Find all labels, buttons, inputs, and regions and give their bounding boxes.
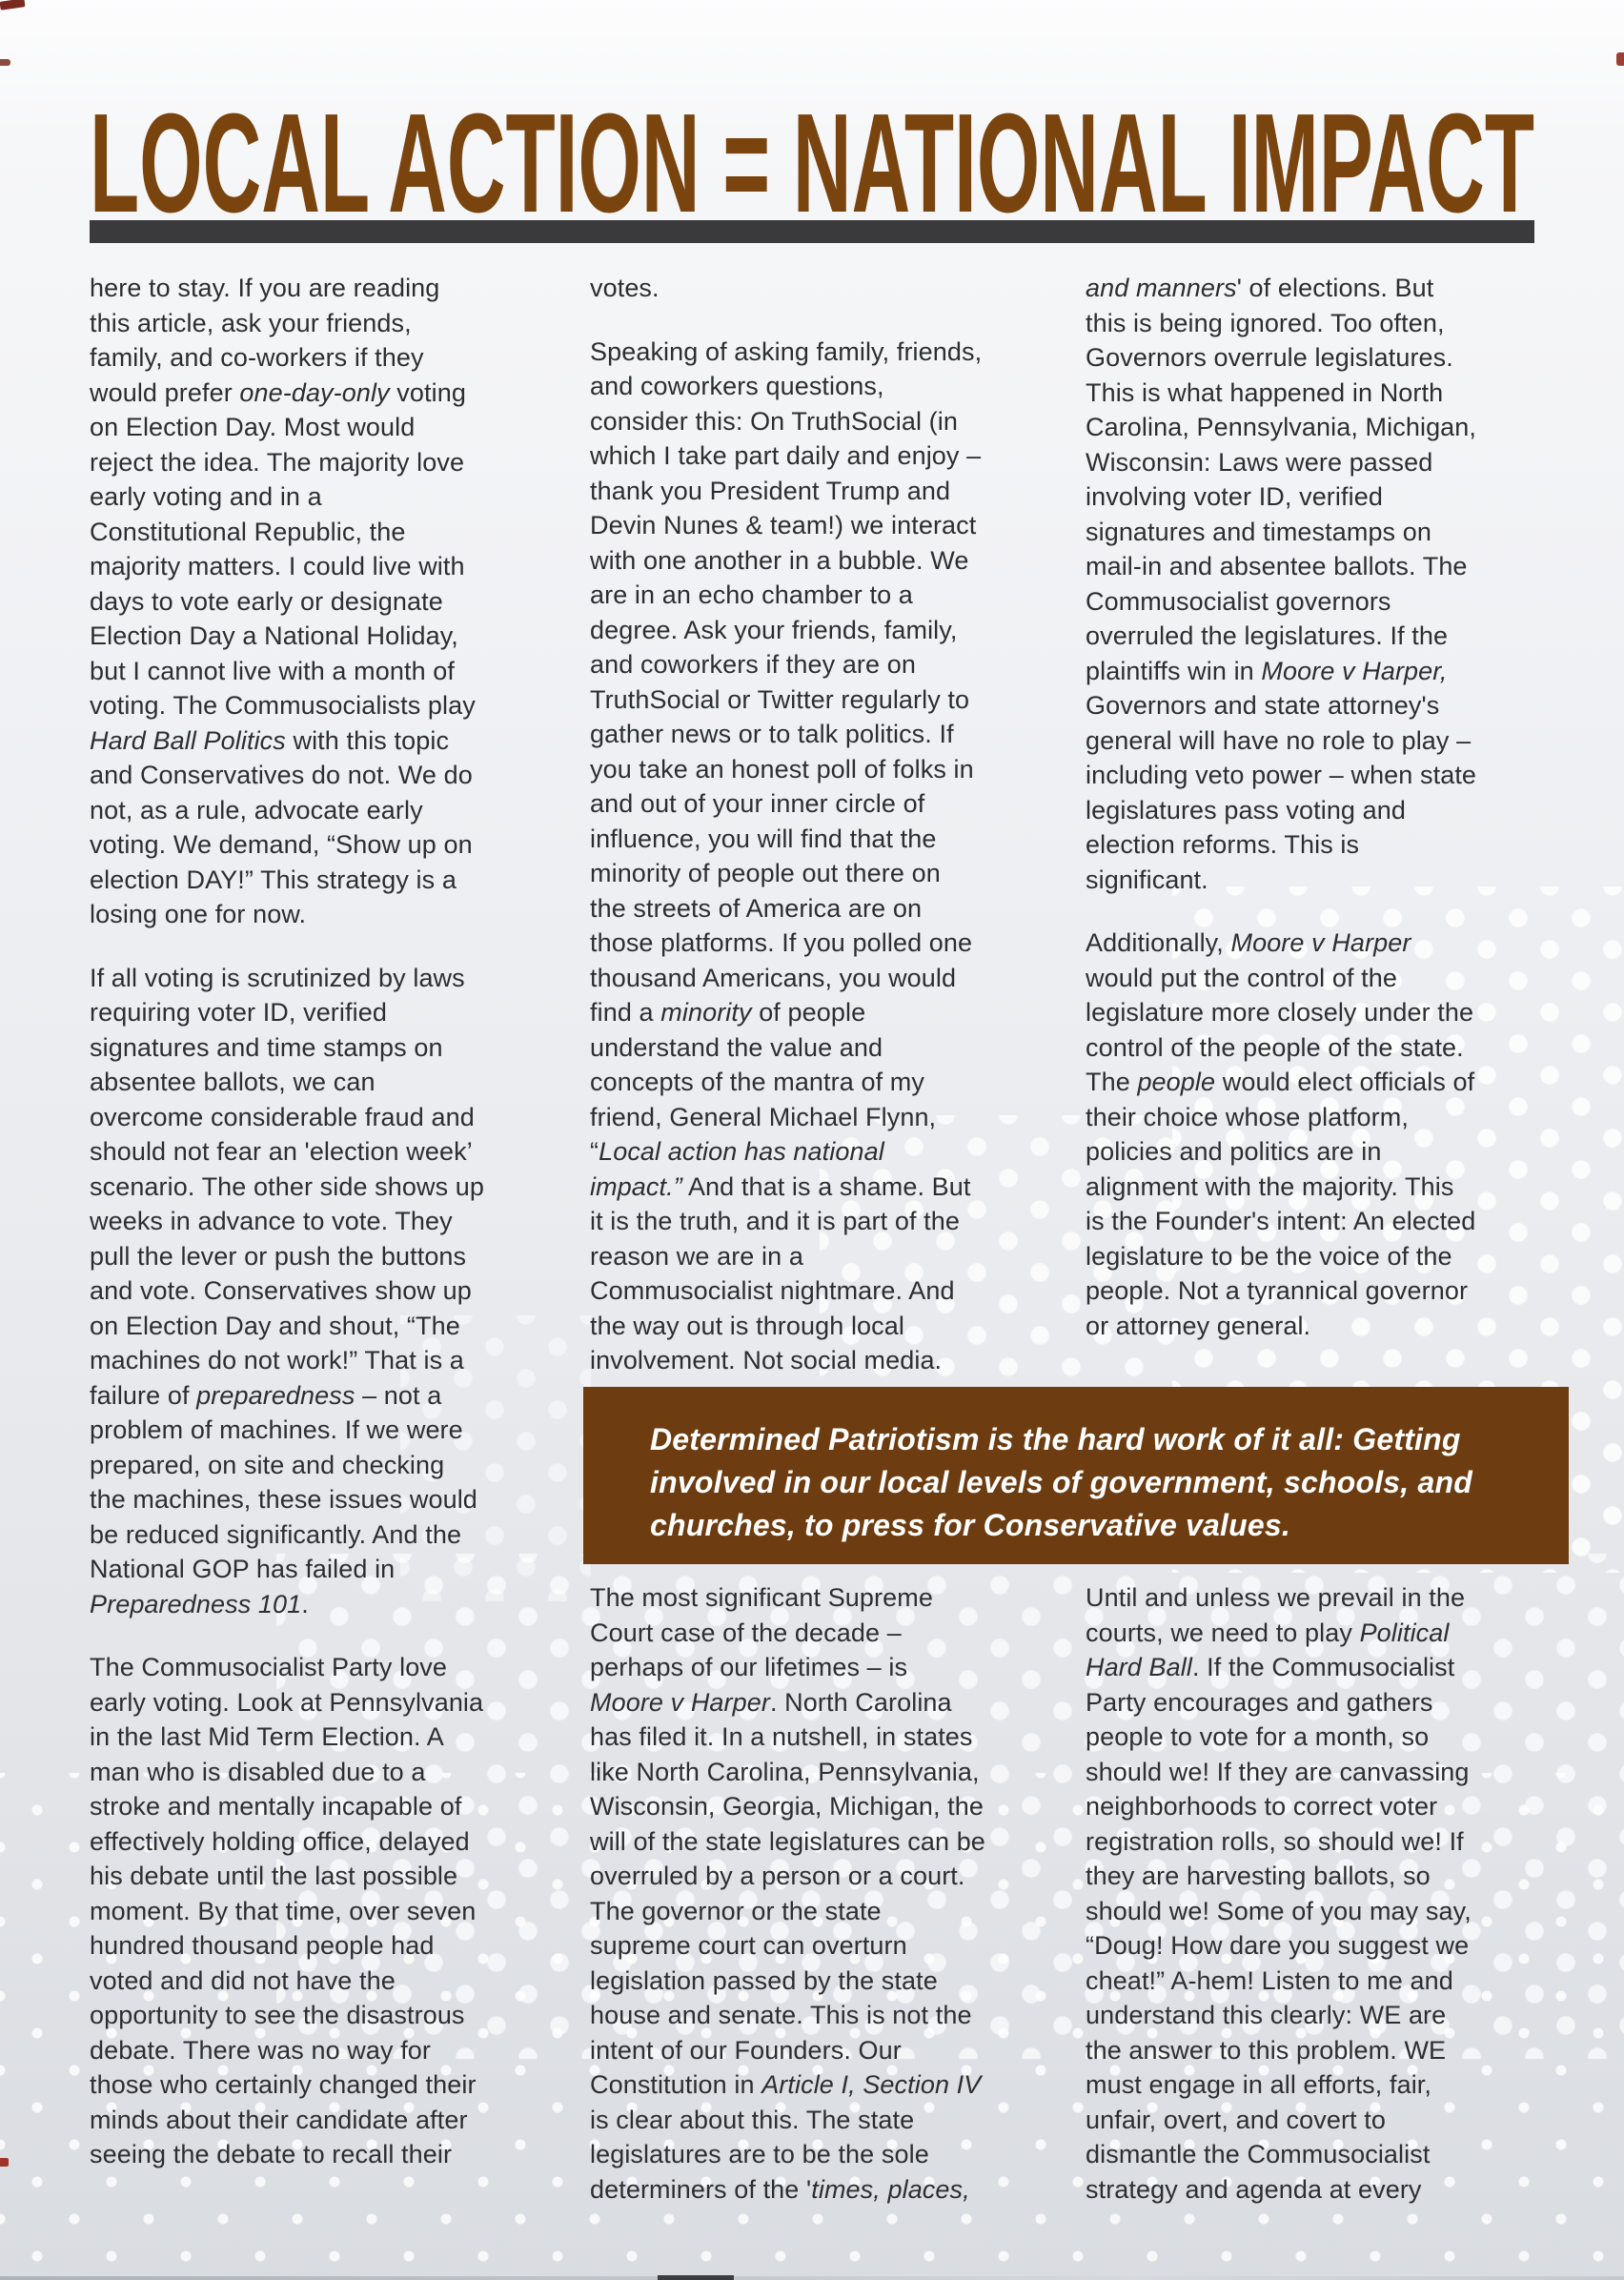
page-title: LOCAL ACTION = NATIONAL IMPACT — [90, 107, 1534, 227]
article-column-3-lower: Until and unless we prevail in thecourts… — [1086, 1580, 1567, 2207]
article-column-1: here to stay. If you are readingthis art… — [90, 271, 558, 2172]
title-underline-bar — [90, 220, 1534, 243]
paragraph: If all voting is scrutinized by lawsrequ… — [90, 961, 558, 1622]
article-column-2-lower: The most significant SupremeCourt case o… — [590, 1580, 1071, 2207]
paragraph: Additionally, Moore v Harperwould put th… — [1086, 926, 1567, 1343]
photo-artifact-bottom-mark — [658, 2275, 734, 2280]
photo-artifact-left-edge — [0, 2158, 9, 2167]
paragraph: here to stay. If you are readingthis art… — [90, 271, 558, 932]
article-column-3: and manners' of elections. Butthis is be… — [1086, 271, 1567, 1343]
photo-artifact-top-right — [1616, 52, 1624, 66]
photo-artifact-bottom-edge — [0, 2276, 1624, 2280]
paragraph: The Commusocialist Party loveearly votin… — [90, 1650, 558, 2172]
paragraph: and manners' of elections. Butthis is be… — [1086, 271, 1567, 897]
paragraph: Until and unless we prevail in thecourts… — [1086, 1580, 1567, 2207]
paragraph: votes. — [590, 271, 1071, 306]
pull-quote-box: Determined Patriotism is the hard work o… — [583, 1387, 1569, 1564]
paragraph: Speaking of asking family, friends,and c… — [590, 335, 1071, 1378]
article-column-2: votes.Speaking of asking family, friends… — [590, 271, 1071, 1378]
paragraph: The most significant SupremeCourt case o… — [590, 1580, 1071, 2207]
magazine-page: LOCAL ACTION = NATIONAL IMPACT here to s… — [0, 0, 1624, 2280]
photo-artifact-top-left-2 — [0, 59, 10, 66]
paragraph: Determined Patriotism is the hard work o… — [650, 1418, 1540, 1547]
photo-artifact-top-left — [0, 0, 25, 10]
page-title-text: LOCAL ACTION = NATIONAL IMPACT — [90, 85, 1534, 242]
